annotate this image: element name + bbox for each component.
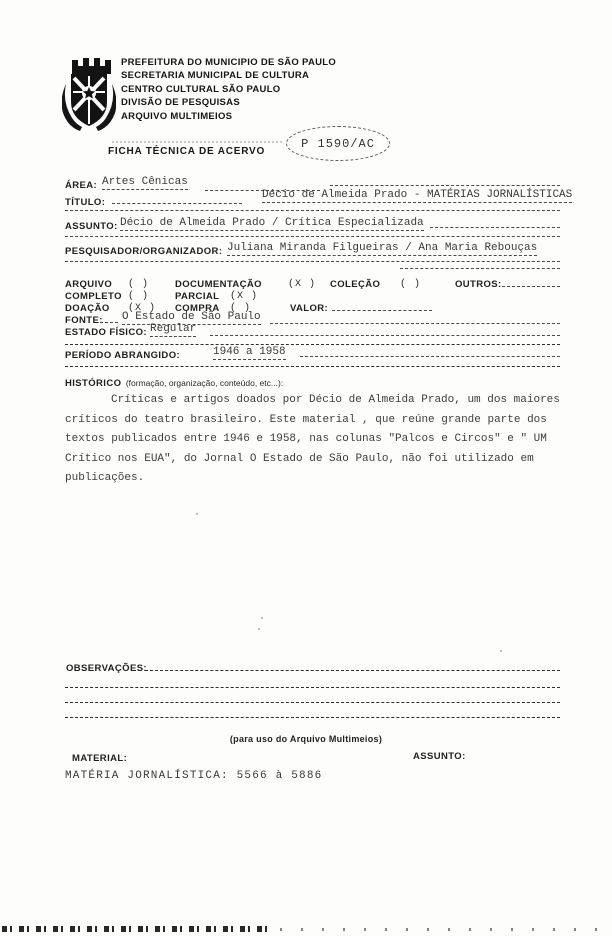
form-line	[400, 268, 560, 269]
section-divider	[65, 366, 560, 367]
accession-number-stamp: P 1590/AC	[286, 126, 390, 161]
scan-speck	[258, 628, 260, 630]
area-value: Artes Cênicas	[102, 176, 188, 190]
org-line-5: ARQUIVO MULTIMEIOS	[121, 110, 336, 123]
arquivo-label: ARQUIVO	[65, 279, 112, 290]
scanned-ficha-tecnica-document: PREFEITURA DO MUNICIPIO DE SÃO PAULO SEC…	[0, 0, 612, 936]
documentacao-checkbox: (X )	[288, 279, 316, 290]
scan-edge-artifact	[2, 926, 272, 932]
org-line-1: PREFEITURA DO MUNICIPIO DE SÃO PAULO	[121, 56, 336, 69]
scan-edge-artifact	[280, 928, 610, 931]
observacoes-label: OBSERVAÇÕES:	[66, 663, 147, 674]
form-line	[112, 203, 242, 204]
scan-speck	[196, 513, 198, 515]
form-line	[330, 185, 560, 186]
observacoes-line	[145, 670, 560, 671]
fonte-label: FONTE:	[65, 315, 103, 326]
form-line	[210, 335, 560, 336]
form-line	[300, 356, 560, 357]
scan-speck	[500, 650, 502, 652]
org-line-2: SECRETARIA MUNICIPAL DE CULTURA	[121, 69, 336, 82]
material-value: MATÉRIA JORNALÍSTICA: 5566 à 5886	[65, 770, 322, 782]
pesquisador-value: Juliana Miranda Filgueiras / Ana Maria R…	[227, 242, 537, 256]
org-line-4: DIVISÃO DE PESQUISAS	[121, 96, 336, 109]
form-title: FICHA TÉCNICA DE ACERVO	[108, 146, 265, 157]
area-label: ÁREA:	[65, 180, 97, 191]
titulo-value: Décio de Almeida Prado - MATÉRIAS JORNAL…	[262, 189, 572, 203]
form-line	[332, 310, 432, 311]
outros-label: OUTROS:	[455, 279, 502, 290]
historico-label: HISTÓRICO (formação, organização, conteú…	[65, 373, 283, 391]
form-line	[100, 322, 118, 323]
form-line	[430, 227, 560, 228]
arquivo-use-note: (para uso do Arquivo Multimeios)	[0, 734, 612, 744]
form-line	[65, 261, 560, 262]
header-org-block: PREFEITURA DO MUNICIPIO DE SÃO PAULO SEC…	[121, 56, 336, 123]
valor-label: VALOR:	[290, 303, 328, 314]
form-line	[65, 236, 560, 237]
historico-text: Críticas e artigos doados por Décio de A…	[65, 391, 565, 489]
completo-label: COMPLETO	[65, 291, 122, 302]
estado-fisico-label: ESTADO FÍSICO:	[65, 327, 147, 338]
titulo-label: TÍTULO:	[65, 197, 105, 208]
assunto-label: ASSUNTO:	[65, 221, 118, 232]
parcial-checkbox: (X )	[230, 291, 258, 302]
estado-fisico-value: Regular	[150, 323, 196, 337]
material-label: MATERIAL:	[72, 753, 127, 764]
form-line	[65, 210, 560, 211]
pesquisador-label: PESQUISADOR/ORGANIZADOR:	[65, 246, 222, 257]
scan-speck	[261, 617, 263, 619]
footer-assunto-label: ASSUNTO:	[413, 751, 466, 762]
colecao-checkbox: ( )	[400, 279, 421, 290]
historico-label-note: (formação, organização, conteúdo, etc...…	[126, 378, 283, 388]
scan-noise-dots	[112, 141, 282, 143]
observacoes-line	[65, 702, 560, 703]
periodo-value: 1946 a 1958	[213, 346, 286, 360]
org-line-3: CENTRO CULTURAL SÃO PAULO	[121, 83, 336, 96]
documentacao-label: DOCUMENTAÇÃO	[175, 279, 262, 290]
completo-checkbox: ( )	[128, 291, 149, 302]
doacao-label: DOAÇÃO	[65, 303, 110, 314]
parcial-label: PARCIAL	[175, 291, 219, 302]
form-line	[502, 286, 560, 287]
arquivo-checkbox: ( )	[128, 279, 149, 290]
observacoes-line	[65, 717, 560, 718]
section-divider	[65, 344, 560, 345]
observacoes-line	[65, 687, 560, 688]
colecao-label: COLEÇÃO	[330, 279, 380, 290]
form-line	[270, 323, 560, 324]
periodo-label: PERÍODO ABRANGIDO:	[65, 350, 180, 361]
sao-paulo-coat-of-arms-icon	[62, 54, 116, 138]
assunto-value: Décio de Almeida Prado / Crítica Especia…	[120, 217, 424, 231]
historico-label-strong: HISTÓRICO	[65, 378, 121, 389]
